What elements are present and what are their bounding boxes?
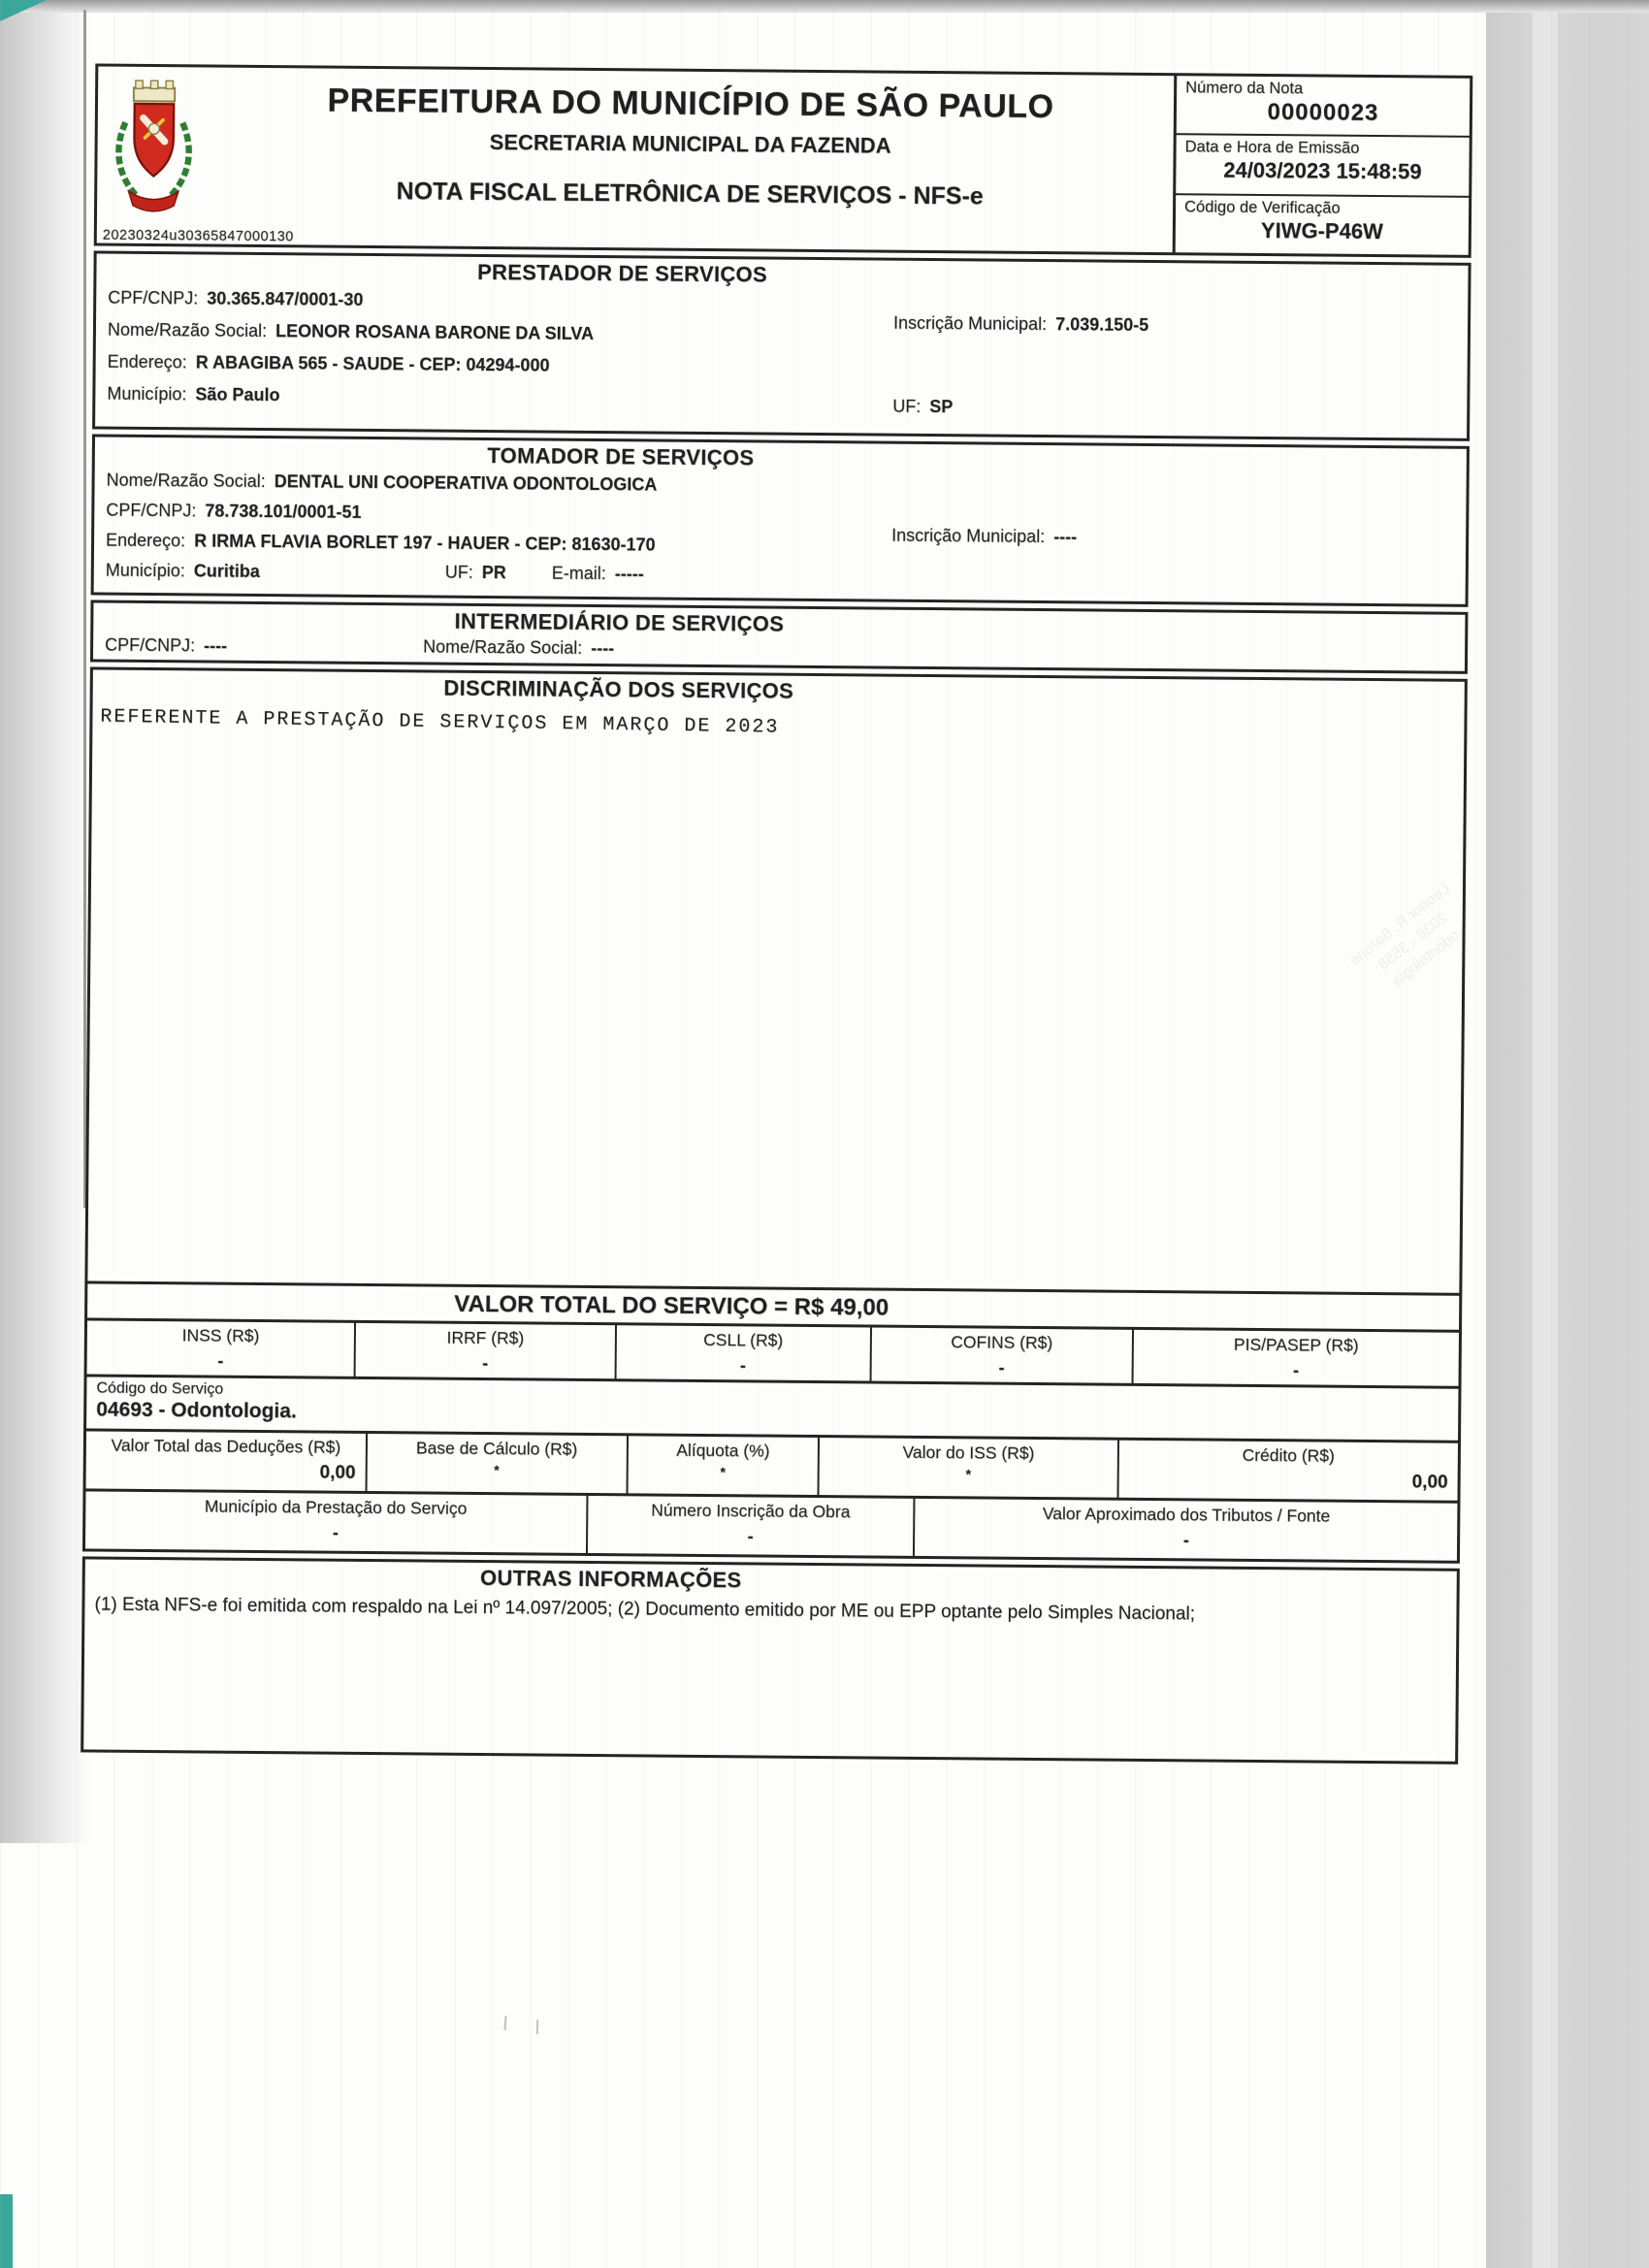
imposto-label: IRRF (R$)	[356, 1327, 615, 1349]
prestador-nome-label: Nome/Razão Social:	[108, 320, 267, 340]
prestador-cpf-value: 30.365.847/0001-30	[207, 288, 363, 308]
imposto-value: -	[87, 1349, 354, 1372]
tomador-uf-label: UF:	[445, 563, 473, 582]
tomador-cpf-label: CPF/CNPJ:	[106, 501, 196, 521]
prestador-inscricao-label: Inscrição Municipal:	[893, 313, 1047, 334]
imposto-value: -	[1133, 1359, 1458, 1382]
nota-number-cell: Número da Nota 00000023	[1177, 76, 1471, 138]
verification-label: Código de Verificação	[1184, 198, 1460, 218]
imposto-cell-csll: CSLL (R$) -	[616, 1325, 871, 1380]
tomador-email-label: E-mail:	[552, 564, 606, 583]
scanner-streak	[1533, 0, 1558, 2268]
deducao-cell-base-calculo: Base de Cálculo (R$) *	[367, 1434, 628, 1493]
section-discriminacao-totais: DISCRIMINAÇÃO DOS SERVIÇOS REFERENTE A P…	[82, 666, 1468, 1563]
rodape-cell-municipio-prestacao: Município da Prestação do Serviço -	[85, 1491, 588, 1553]
section-tomador: TOMADOR DE SERVIÇOS Nome/Razão Social:DE…	[91, 434, 1470, 606]
prestador-inscricao-value: 7.039.150-5	[1055, 314, 1148, 335]
deducao-cell-aliquota: Alíquota (%) *	[628, 1436, 820, 1495]
imposto-label: PIS/PASEP (R$)	[1134, 1334, 1459, 1357]
tomador-inscricao-value: ----	[1053, 527, 1077, 546]
intermediario-nome-label: Nome/Razão Social:	[423, 636, 582, 657]
tomador-email-row: E-mail:-----	[552, 564, 644, 585]
rodape-value: -	[85, 1520, 586, 1544]
rodape-label: Município da Prestação do Serviço	[85, 1495, 586, 1519]
verification-cell: Código de Verificação YIWG-P46W	[1176, 195, 1470, 255]
emission-label: Data e Hora de Emissão	[1185, 139, 1461, 159]
tomador-municipio-value: Curitiba	[194, 561, 260, 581]
scanner-background-right	[1486, 0, 1649, 2268]
imposto-cell-inss: INSS (R$) -	[87, 1320, 357, 1376]
nfse-document: 20230324u30365847000130 PREFEITURA DO MU…	[81, 63, 1472, 1768]
tomador-inscricao-row: Inscrição Municipal:----	[891, 526, 1077, 548]
emission-cell: Data e Hora de Emissão 24/03/2023 15:48:…	[1176, 136, 1470, 198]
tomador-endereco-value: R IRMA FLAVIA BORLET 197 - HAUER - CEP: …	[194, 531, 656, 554]
emission-value: 24/03/2023 15:48:59	[1184, 158, 1460, 185]
tomador-nome-value: DENTAL UNI COOPERATIVA ODONTOLOGICA	[275, 471, 658, 494]
intermediario-nome-row: Nome/Razão Social:----	[423, 636, 614, 659]
nota-number-label: Número da Nota	[1185, 79, 1461, 99]
sao-paulo-coat-of-arms-logo	[109, 73, 199, 232]
scanner-corner-teal-bottom	[0, 2194, 13, 2268]
prestador-municipio-value: São Paulo	[195, 384, 279, 405]
deducao-cell-valor-iss: Valor do ISS (R$) *	[820, 1438, 1119, 1498]
rodape-value: -	[588, 1525, 914, 1548]
document-header: 20230324u30365847000130 PREFEITURA DO MU…	[94, 63, 1473, 257]
deducao-value: *	[368, 1461, 627, 1478]
deducao-cell-credito: Crédito (R$) 0,00	[1118, 1441, 1458, 1501]
verification-value: YIWG-P46W	[1184, 217, 1460, 244]
deducao-label: Crédito (R$)	[1119, 1444, 1458, 1468]
rodape-row: Município da Prestação do Serviço - Núme…	[85, 1488, 1457, 1560]
invoice-number-box: Número da Nota 00000023 Data e Hora de E…	[1173, 73, 1473, 258]
deducao-value: *	[628, 1463, 818, 1480]
prestador-nome-value: LEONOR ROSANA BARONE DA SILVA	[275, 321, 594, 343]
tomador-email-value: -----	[615, 564, 644, 583]
rodape-label: Valor Aproximado dos Tributos / Fonte	[916, 1503, 1458, 1528]
stray-mark	[503, 2016, 506, 2030]
imposto-cell-irrf: IRRF (R$) -	[356, 1323, 617, 1378]
deducao-value: 0,00	[1118, 1470, 1457, 1494]
prestador-municipio-label: Município:	[107, 384, 186, 405]
tomador-cpf-value: 78.738.101/0001-51	[205, 501, 361, 521]
prestador-cpf-label: CPF/CNPJ:	[108, 288, 198, 308]
rodape-label: Número Inscrição da Obra	[588, 1500, 914, 1523]
deducao-label: Valor Total das Deduções (R$)	[86, 1435, 366, 1458]
section-intermediario: INTERMEDIÁRIO DE SERVIÇOS CPF/CNPJ:---- …	[90, 599, 1469, 673]
document-type: NOTA FISCAL ELETRÔNICA DE SERVIÇOS - NFS…	[213, 177, 1166, 213]
prestador-uf-label: UF:	[892, 397, 921, 416]
prestador-uf-value: SP	[929, 397, 953, 416]
imposto-cell-pispasep: PIS/PASEP (R$) -	[1133, 1330, 1459, 1386]
scanner-background-top	[0, 0, 1649, 13]
deducao-value: 0,00	[86, 1460, 366, 1484]
tomador-municipio-label: Município:	[106, 561, 185, 581]
imposto-value: -	[616, 1354, 869, 1377]
deducao-cell-deducoes: Valor Total das Deduções (R$) 0,00	[86, 1431, 368, 1491]
rodape-cell-inscricao-obra: Número Inscrição da Obra -	[587, 1496, 915, 1556]
imposto-label: COFINS (R$)	[872, 1332, 1132, 1354]
deducao-value: *	[820, 1465, 1116, 1483]
tomador-endereco-label: Endereço:	[106, 531, 185, 551]
intermediario-nome-value: ----	[591, 638, 614, 658]
prestador-endereco-value: R ABAGIBA 565 - SAUDE - CEP: 04294-000	[196, 352, 550, 374]
document-title: PREFEITURA DO MUNICÍPIO DE SÃO PAULO	[214, 81, 1167, 128]
imposto-value: -	[356, 1352, 615, 1375]
prestador-inscricao-row: Inscrição Municipal:7.039.150-5	[893, 313, 1148, 336]
document-subtitle: SECRETARIA MUNICIPAL DA FAZENDA	[214, 128, 1167, 162]
nota-number-value: 00000023	[1185, 98, 1461, 127]
imposto-label: CSLL (R$)	[617, 1329, 870, 1351]
prestador-endereco-label: Endereço:	[108, 352, 187, 373]
valor-total-text: VALOR TOTAL DO SERVIÇO = R$ 49,00	[454, 1290, 889, 1321]
tomador-uf-value: PR	[482, 563, 506, 582]
scan-code-text: 20230324u30365847000130	[103, 228, 294, 245]
intermediario-cpf-label: CPF/CNPJ:	[105, 635, 195, 656]
rodape-cell-valor-tributos: Valor Aproximado dos Tributos / Fonte -	[915, 1499, 1457, 1561]
imposto-value: -	[871, 1357, 1131, 1379]
imposto-label: INSS (R$)	[87, 1324, 354, 1346]
discriminacao-area: DISCRIMINAÇÃO DOS SERVIÇOS REFERENTE A P…	[87, 669, 1464, 1292]
prestador-uf-row: UF:SP	[892, 397, 953, 418]
tomador-uf-row: UF:PR	[445, 563, 506, 584]
imposto-cell-cofins: COFINS (R$) -	[871, 1328, 1134, 1383]
tomador-inscricao-label: Inscrição Municipal:	[891, 526, 1045, 546]
stray-mark	[536, 2020, 539, 2034]
tomador-nome-label: Nome/Razão Social:	[107, 470, 266, 491]
section-prestador: PRESTADOR DE SERVIÇOS CPF/CNPJ:30.365.84…	[92, 250, 1471, 440]
bleed-through-vertical-text: GUIA DE TRATAMENTO ODONTOLOGICO	[0, 423, 4, 1211]
rodape-value: -	[915, 1528, 1457, 1553]
deducao-label: Valor do ISS (R$)	[820, 1442, 1116, 1465]
header-titles: PREFEITURA DO MUNICÍPIO DE SÃO PAULO SEC…	[213, 81, 1167, 213]
intermediario-cpf-value: ----	[204, 635, 227, 655]
deducao-label: Alíquota (%)	[628, 1440, 818, 1462]
deducao-label: Base de Cálculo (R$)	[368, 1438, 627, 1460]
section-outras-informacoes: OUTRAS INFORMAÇÕES (1) Esta NFS-e foi em…	[81, 1556, 1460, 1764]
